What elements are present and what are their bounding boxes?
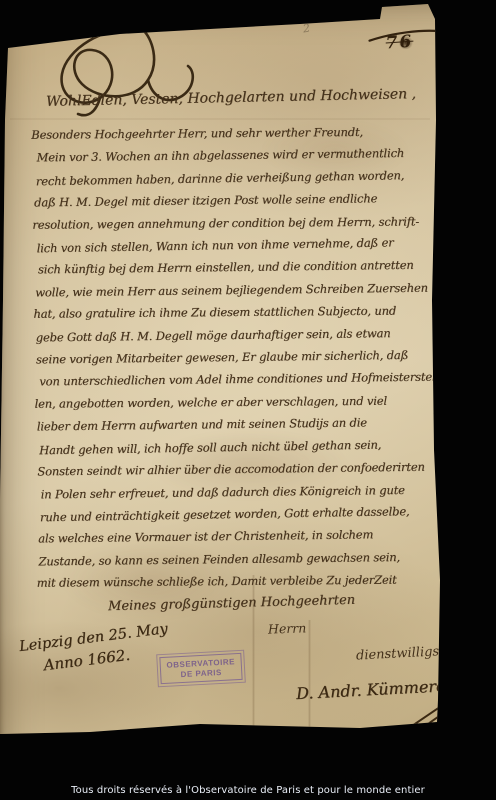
dateline: Leipzig den 25. May Anno 1662. bbox=[18, 621, 171, 677]
paper-crease bbox=[308, 620, 311, 735]
observatoire-stamp: OBSERVATOIRE DE PARIS bbox=[159, 653, 242, 684]
body-line: mit diesem wünsche schließe ich, Damit v… bbox=[37, 568, 439, 594]
closing-line-2: Herrn bbox=[268, 620, 307, 636]
copyright-caption: Tous droits réservés à l'Observatoire de… bbox=[0, 785, 496, 796]
pencil-mark: 2 bbox=[302, 22, 311, 36]
valediction: dienstwilligster bbox=[356, 643, 459, 663]
folio-mark: 76 bbox=[367, 21, 450, 70]
body-line: len, angebotten worden, welche er aber v… bbox=[34, 389, 436, 415]
body-line: hat, also gratulire ich ihme Zu diesem s… bbox=[33, 300, 435, 326]
scan-viewer: 76 2 WohlEdlen, Vesten, Hochgelarten und… bbox=[0, 0, 496, 800]
manuscript-page: 76 2 WohlEdlen, Vesten, Hochgelarten und… bbox=[0, 0, 496, 800]
letter-body: Besonders Hochgeehrter Herr, und sehr we… bbox=[33, 120, 441, 595]
signature-paraph bbox=[404, 694, 470, 748]
